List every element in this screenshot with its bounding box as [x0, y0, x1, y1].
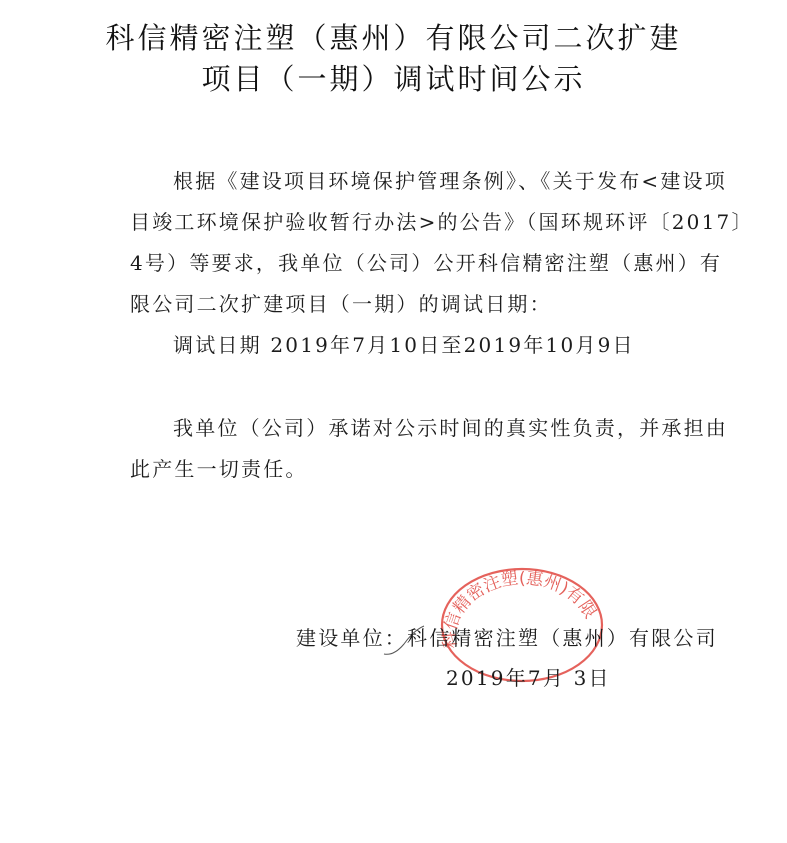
paragraph-1-line-2: 目竣工环境保护验收暂行办法>的公告》（国环规环评〔2017〕 — [130, 206, 754, 235]
document-title-line-1: 科信精密注塑（惠州）有限公司二次扩建 — [0, 16, 787, 57]
document-page: 科信精密注塑（惠州）有限公司二次扩建 项目（一期）调试时间公示 根据《建设项目环… — [0, 0, 787, 843]
paragraph-1-line-4: 限公司二次扩建项目（一期）的调试日期： — [130, 288, 552, 317]
document-title-line-2: 项目（一期）调试时间公示 — [0, 57, 787, 98]
construction-unit-name: 科信精密注塑（惠州）有限公司 — [407, 626, 718, 650]
construction-unit-line: 建设单位：科信精密注塑（惠州）有限公司 — [296, 622, 718, 651]
signature-date: 2019年7月 3日 — [446, 662, 611, 691]
paragraph-1-line-3: 4号）等要求，我单位（公司）公开科信精密注塑（惠州）有 — [130, 247, 722, 276]
debug-period-line: 调试日期 2019年7月10日至2019年10月9日 — [173, 329, 635, 358]
paragraph-2-line-1: 我单位（公司）承诺对公示时间的真实性负责，并承担由 — [173, 412, 728, 441]
construction-unit-label: 建设单位： — [296, 626, 407, 650]
paragraph-2-line-2: 此产生一切责任。 — [130, 453, 308, 482]
paragraph-1-line-1: 根据《建设项目环境保护管理条例》、《关于发布<建设项 — [173, 165, 727, 194]
